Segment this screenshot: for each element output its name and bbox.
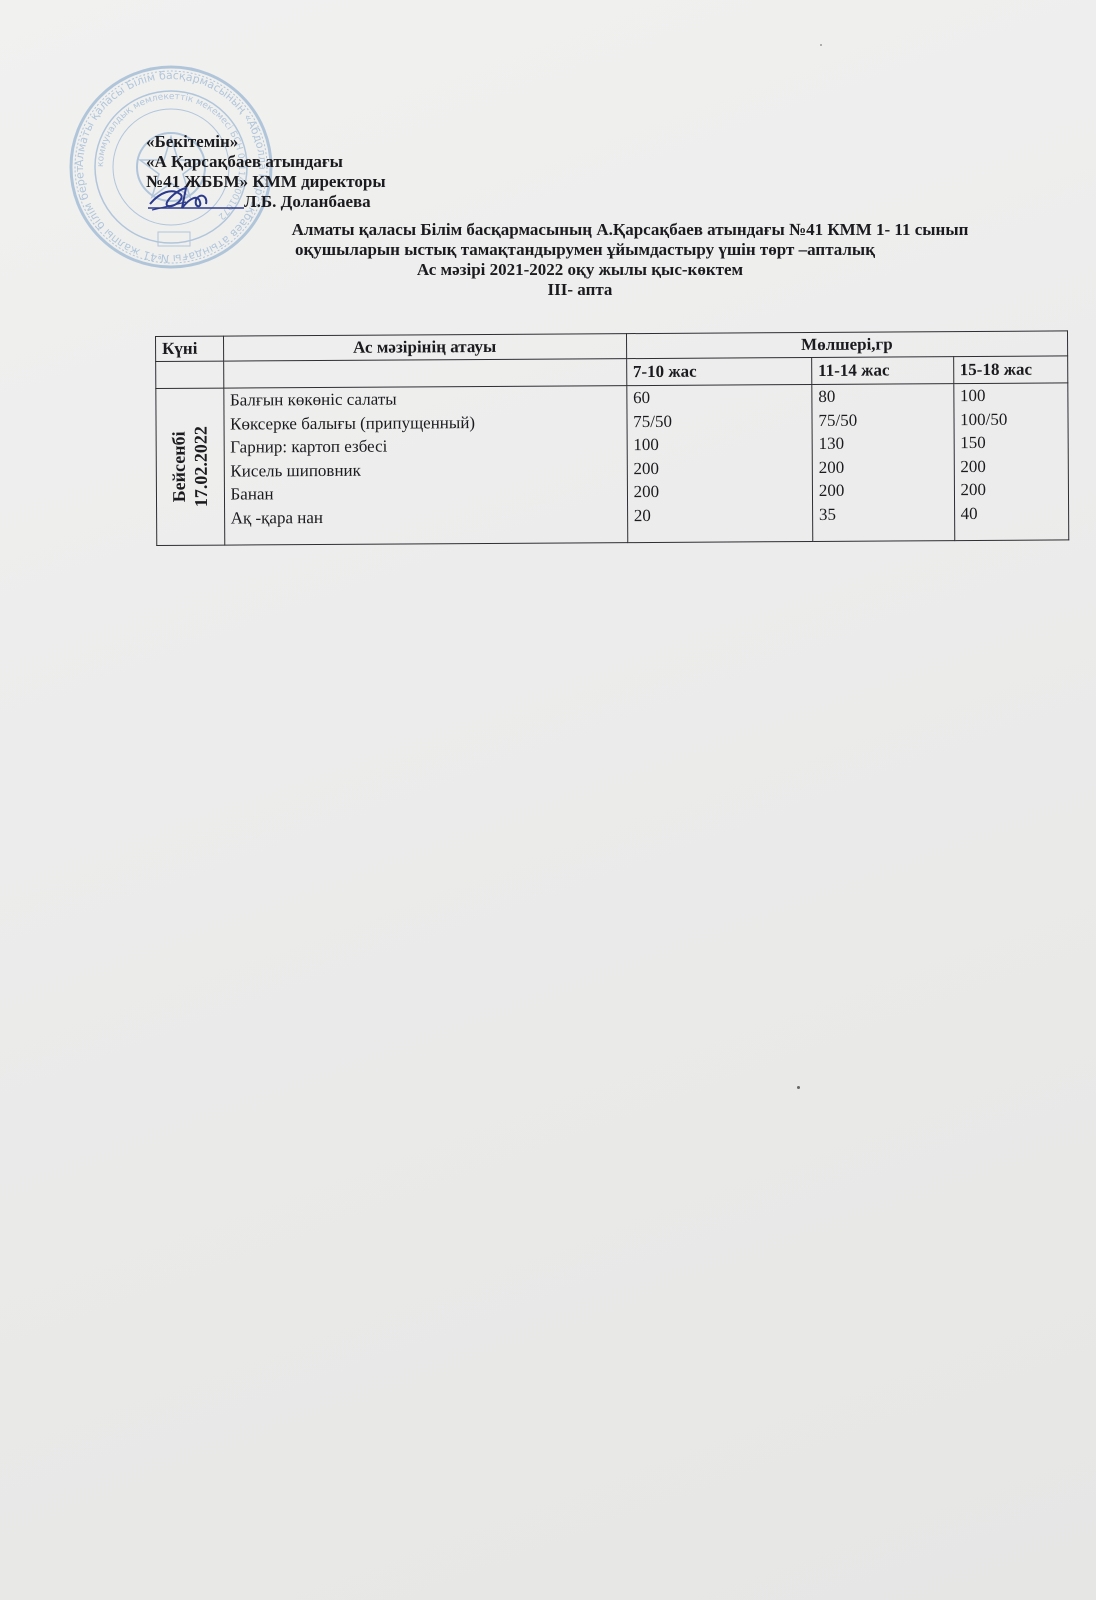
- qty-value: 100/50: [960, 407, 1062, 431]
- menu-items-cell: Балғын көкөніс салаты Көксерке балығы (п…: [223, 386, 627, 545]
- qty-value: 200: [819, 455, 948, 479]
- approval-title: «Бекітемін»: [146, 132, 386, 152]
- signatory-name: Л.Б. Доланбаева: [244, 192, 371, 211]
- qty-value: 80: [818, 384, 947, 408]
- approval-block: «Бекітемін» «А Қарсақбаев атындағы №41 Ж…: [146, 132, 386, 212]
- day-date: 17.02.2022: [190, 426, 212, 507]
- menu-table: Күні Ас мәзірінің атауы Мөлшері,гр 7-10 …: [155, 330, 1069, 546]
- qty-value: 75/50: [633, 409, 805, 434]
- menu-item: Гарнир: картоп езбесі: [230, 433, 620, 459]
- qty-value: 20: [634, 503, 806, 528]
- heading-line-3: Ас мәзірі 2021-2022 оқу жылы қыс-көктем: [110, 260, 1050, 280]
- heading-line-1: Алматы қаласы Білім басқармасының А.Қарс…: [210, 220, 1050, 240]
- signature-icon: [146, 182, 246, 214]
- qty-value: 200: [819, 478, 948, 502]
- qty-value: 130: [819, 431, 948, 455]
- qty-15-18-cell: 100 100/50 150 200 200 40: [953, 383, 1068, 541]
- menu-item: Банан: [230, 480, 620, 506]
- header-age-7-10: 7-10 жас: [626, 357, 811, 385]
- day-name: Бейсенбі: [168, 426, 190, 507]
- qty-11-14-cell: 80 75/50 130 200 200 35: [812, 384, 955, 542]
- header-menu-name: Ас мәзірінің атауы: [223, 334, 626, 361]
- heading-week: ІІІ- апта: [110, 280, 1050, 300]
- heading-line-2: оқушыларын ыстық тамақтандырумен ұйымдас…: [120, 240, 1050, 260]
- menu-item: Кисель шиповник: [230, 457, 620, 483]
- day-label: Бейсенбі 17.02.2022: [168, 426, 212, 507]
- approval-org-line: «А Қарсақбаев атындағы: [146, 152, 386, 172]
- header-age-11-14: 11-14 жас: [812, 357, 954, 385]
- qty-value: 100: [633, 432, 805, 457]
- header-day: Күні: [156, 336, 224, 361]
- header-age-15-18: 15-18 жас: [953, 356, 1068, 384]
- qty-value: 75/50: [818, 408, 947, 432]
- paper-speck: [820, 44, 822, 46]
- day-cell: Бейсенбі 17.02.2022: [156, 388, 225, 545]
- qty-value: 200: [634, 479, 806, 504]
- qty-value: 35: [819, 502, 948, 526]
- table-row: Бейсенбі 17.02.2022 Балғын көкөніс салат…: [156, 383, 1069, 546]
- approval-signature-line: Л.Б. Доланбаева: [146, 192, 386, 212]
- menu-item: Балғын көкөніс салаты: [230, 386, 620, 412]
- qty-value: 150: [960, 430, 1062, 454]
- menu-item: Көксерке балығы (припущенный): [230, 410, 620, 436]
- header-name-blank: [223, 359, 626, 388]
- document-heading: Алматы қаласы Білім басқармасының А.Қарс…: [150, 220, 1050, 300]
- qty-value: 40: [961, 501, 1063, 525]
- header-day-blank: [156, 361, 224, 388]
- header-quantity: Мөлшері,гр: [626, 331, 1067, 359]
- qty-value: 200: [960, 477, 1062, 501]
- qty-value: 100: [960, 383, 1062, 407]
- qty-value: 200: [633, 456, 805, 481]
- paper-speck: [797, 1086, 800, 1089]
- menu-item: Ақ -қара нан: [231, 504, 621, 530]
- qty-value: 200: [960, 454, 1062, 478]
- qty-7-10-cell: 60 75/50 100 200 200 20: [626, 384, 812, 542]
- qty-value: 60: [633, 385, 805, 410]
